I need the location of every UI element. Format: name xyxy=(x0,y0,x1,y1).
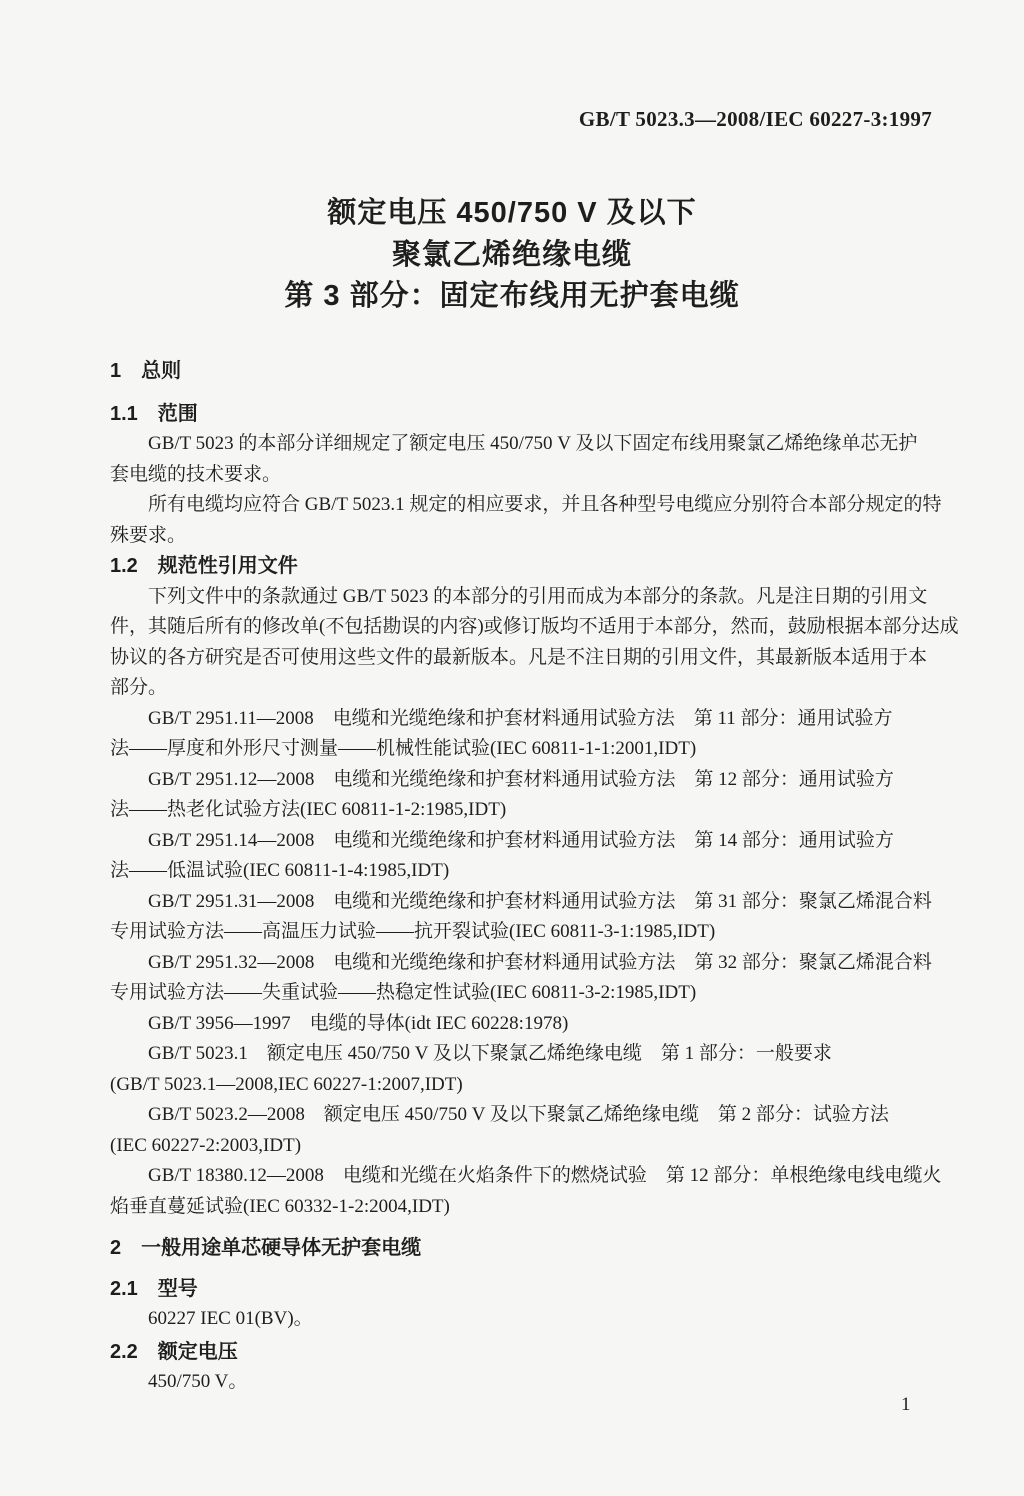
reference-line: GB/T 2951.31—2008 电缆和光缆绝缘和护套材料通用试验方法 第 3… xyxy=(110,887,940,918)
reference-line: (GB/T 5023.1—2008,IEC 60227-1:2007,IDT) xyxy=(110,1070,940,1101)
reference-line: GB/T 2951.12—2008 电缆和光缆绝缘和护套材料通用试验方法 第 1… xyxy=(110,765,940,796)
reference-line: GB/T 5023.1 额定电压 450/750 V 及以下聚氯乙烯绝缘电缆 第… xyxy=(110,1039,940,1070)
reference-line: GB/T 18380.12—2008 电缆和光缆在火焰条件下的燃烧试验 第 12… xyxy=(110,1161,940,1192)
reference-line: GB/T 2951.14—2008 电缆和光缆绝缘和护套材料通用试验方法 第 1… xyxy=(110,826,940,857)
reference-line: 专用试验方法——失重试验——热稳定性试验(IEC 60811-3-2:1985,… xyxy=(110,978,940,1009)
reference-line: 焰垂直蔓延试验(IEC 60332-1-2:2004,IDT) xyxy=(110,1192,940,1223)
paragraph-line: GB/T 5023 的本部分详细规定了额定电压 450/750 V 及以下固定布… xyxy=(110,429,940,460)
document-title-line-3: 第 3 部分：固定布线用无护套电缆 xyxy=(0,276,1024,318)
page-number: 1 xyxy=(901,1394,911,1416)
paragraph-line: 套电缆的技术要求。 xyxy=(110,460,940,491)
section-heading-general: 1 总则 xyxy=(110,356,940,387)
document-page: GB/T 5023.3—2008/IEC 60227-3:1997 额定电压 4… xyxy=(0,0,1024,1496)
reference-line: 法——热老化试验方法(IEC 60811-1-2:1985,IDT) xyxy=(110,795,940,826)
paragraph-line: 450/750 V。 xyxy=(110,1367,940,1398)
subsection-heading-scope: 1.1 范围 xyxy=(110,399,940,430)
document-title: 额定电压 450/750 V 及以下 聚氯乙烯绝缘电缆 第 3 部分：固定布线用… xyxy=(0,193,1024,318)
paragraph-line: 60227 IEC 01(BV)。 xyxy=(110,1304,940,1335)
reference-line: GB/T 2951.11—2008 电缆和光缆绝缘和护套材料通用试验方法 第 1… xyxy=(110,704,940,735)
paragraph-line: 所有电缆均应符合 GB/T 5023.1 规定的相应要求，并且各种型号电缆应分别… xyxy=(110,490,940,521)
reference-line: GB/T 2951.32—2008 电缆和光缆绝缘和护套材料通用试验方法 第 3… xyxy=(110,948,940,979)
reference-line: 法——低温试验(IEC 60811-1-4:1985,IDT) xyxy=(110,856,940,887)
document-title-line-2: 聚氯乙烯绝缘电缆 xyxy=(0,235,1024,277)
standard-code-header: GB/T 5023.3—2008/IEC 60227-3:1997 xyxy=(579,107,932,132)
subsection-heading-normative-references: 1.2 规范性引用文件 xyxy=(110,551,940,582)
paragraph-line: 件，其随后所有的修改单(不包括勘误的内容)或修订版均不适用于本部分，然而，鼓励根… xyxy=(110,612,940,643)
reference-line: GB/T 3956—1997 电缆的导体(idt IEC 60228:1978) xyxy=(110,1009,940,1040)
reference-line: (IEC 60227-2:2003,IDT) xyxy=(110,1131,940,1162)
document-body: 1 总则 1.1 范围 GB/T 5023 的本部分详细规定了额定电压 450/… xyxy=(110,356,940,1398)
reference-line: 专用试验方法——高温压力试验——抗开裂试验(IEC 60811-3-1:1985… xyxy=(110,917,940,948)
paragraph-line: 协议的各方研究是否可使用这些文件的最新版本。凡是不注日期的引用文件，其最新版本适… xyxy=(110,643,940,674)
subsection-heading-type: 2.1 型号 xyxy=(110,1274,940,1305)
subsection-heading-rated-voltage: 2.2 额定电压 xyxy=(110,1337,940,1368)
paragraph-line: 下列文件中的条款通过 GB/T 5023 的本部分的引用而成为本部分的条款。凡是… xyxy=(110,582,940,613)
section-heading-single-core-cables: 2 一般用途单芯硬导体无护套电缆 xyxy=(110,1233,940,1264)
document-title-line-1: 额定电压 450/750 V 及以下 xyxy=(0,193,1024,235)
paragraph-line: 殊要求。 xyxy=(110,521,940,552)
reference-line: GB/T 5023.2—2008 额定电压 450/750 V 及以下聚氯乙烯绝… xyxy=(110,1100,940,1131)
reference-line: 法——厚度和外形尺寸测量——机械性能试验(IEC 60811-1-1:2001,… xyxy=(110,734,940,765)
paragraph-line: 部分。 xyxy=(110,673,940,704)
